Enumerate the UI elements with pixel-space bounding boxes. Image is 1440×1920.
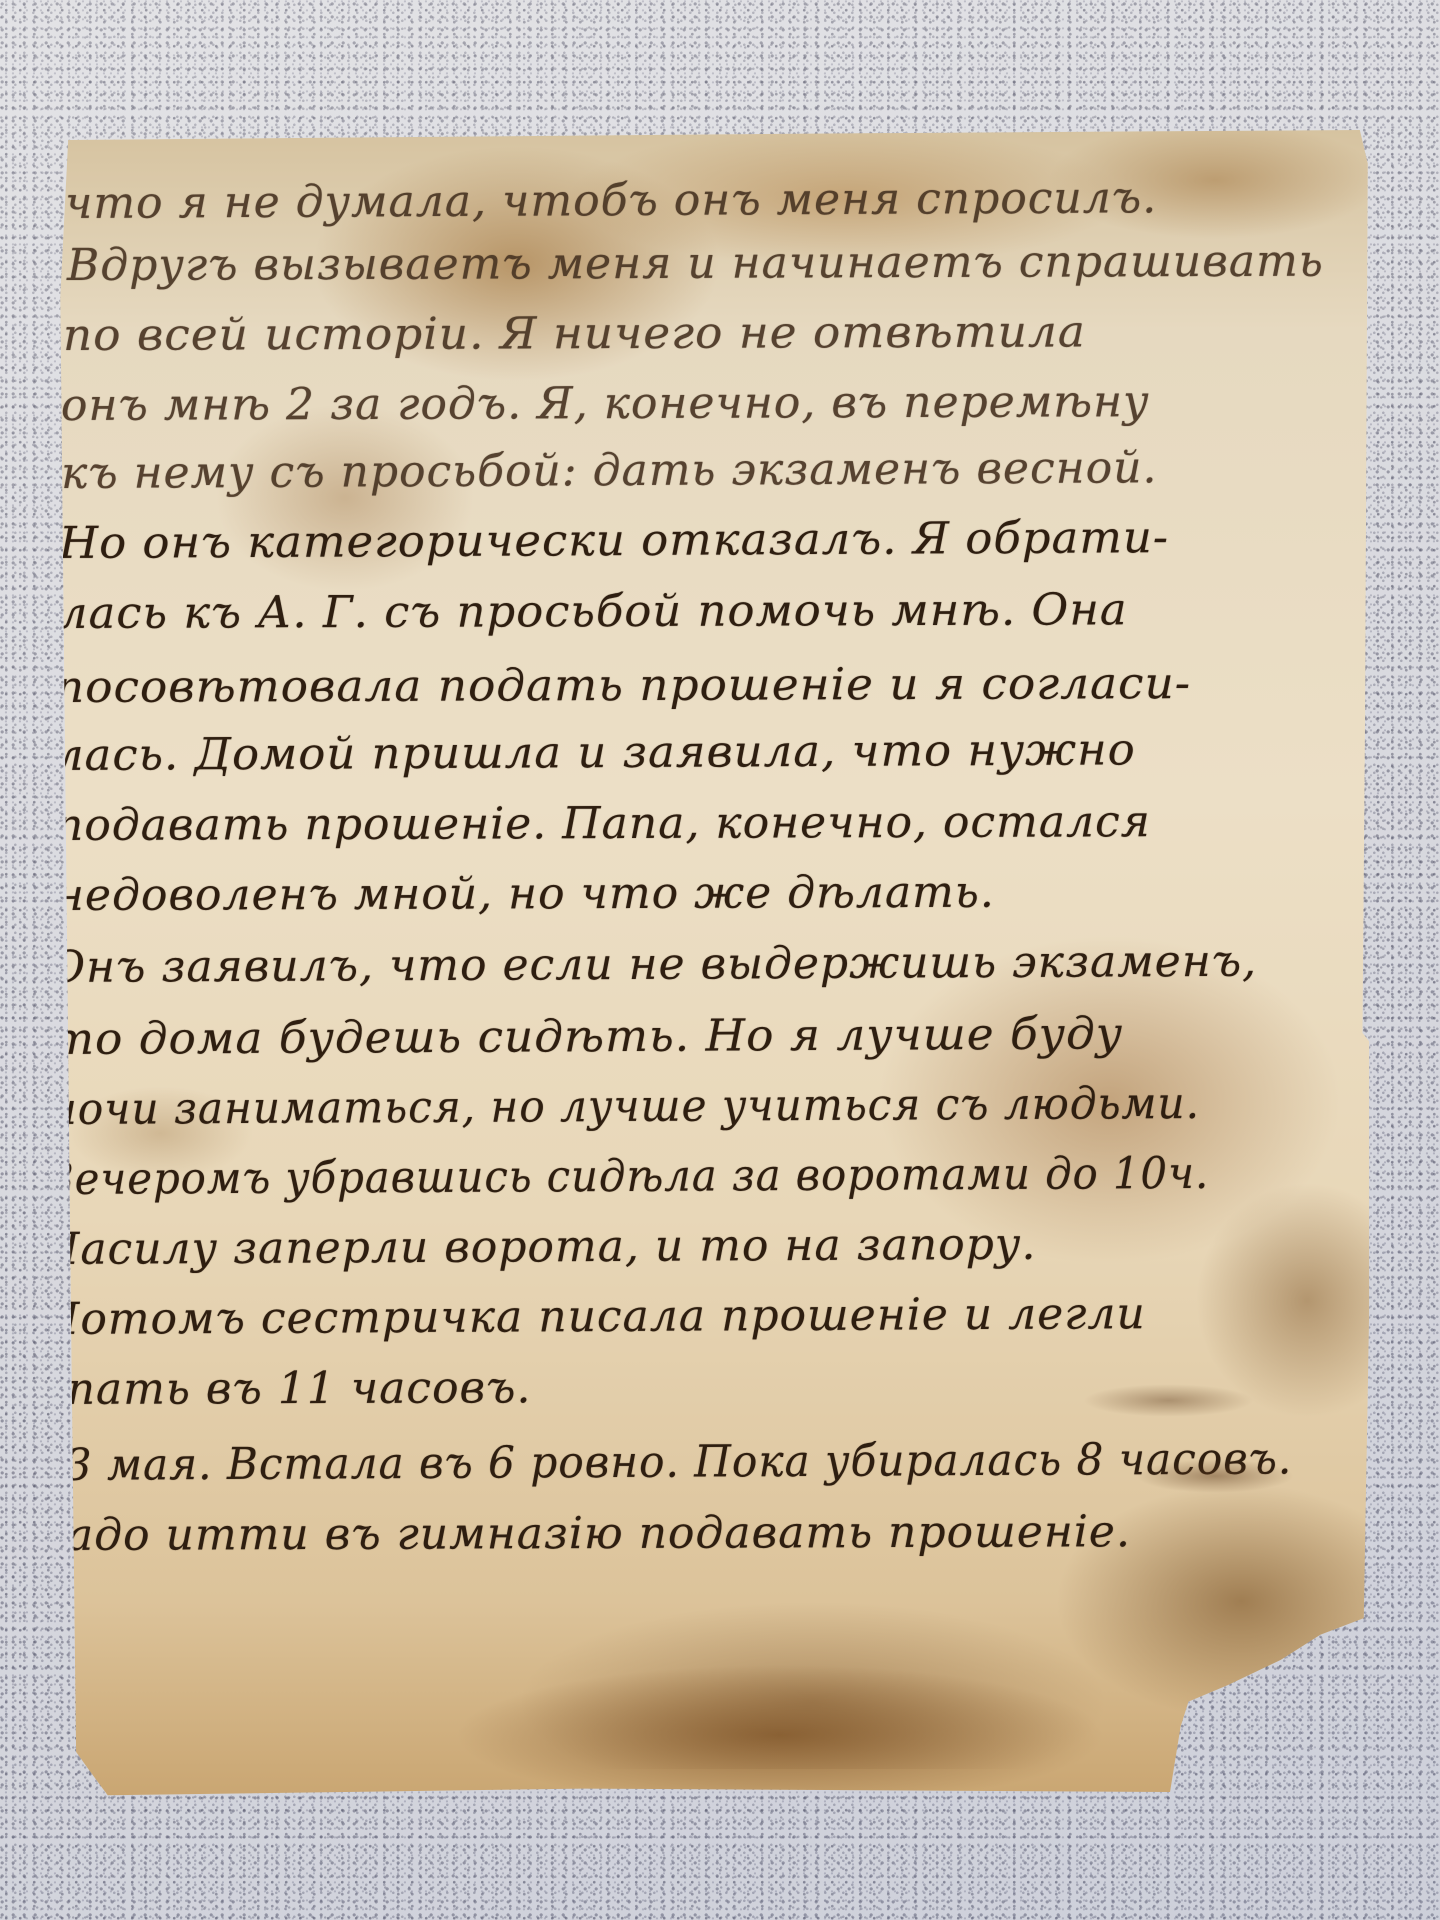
smudge-mark (1083, 1384, 1254, 1417)
text-line: 13 мая. Встала въ 6 ровно. Пока убиралас… (37, 1433, 1292, 1491)
text-line: недоволенъ мной, но что же дѣлать. (55, 867, 995, 921)
water-stain-bottom (516, 1601, 1109, 1768)
text-line: Онъ заявилъ, что если не выдержишь экзам… (49, 936, 1257, 993)
text-line: лась. Домой пришла и заявила, что нужно (55, 724, 1136, 781)
text-line: надо итти въ гимназію подавать прошеніе. (37, 1506, 1131, 1561)
text-line: посовѣтовала подать прошеніе и я согласи… (55, 658, 1191, 713)
text-line: что я не думала, чтобъ онъ меня спросилъ… (65, 172, 1157, 229)
text-line: Вечеромъ убравшись сидѣла за воротами до… (43, 1148, 1209, 1205)
text-line: спать въ 11 часовъ. (41, 1362, 532, 1415)
text-line: Но онъ категорически отказалъ. Я обрати- (59, 512, 1169, 569)
text-line: подавать прошеніе. Папа, конечно, осталс… (55, 796, 1151, 851)
text-line: Потомъ сестричка писала прошеніе и легли (41, 1288, 1146, 1345)
text-line: онъ мнѣ 2 за годъ. Я, конечно, въ перемѣ… (61, 376, 1150, 431)
text-line: Насилу заперли ворота, и то на запору. (41, 1219, 1037, 1275)
text-line: ночи заниматься, но лучше учиться съ люд… (49, 1078, 1200, 1135)
text-line: по всей исторіи. Я ничего не отвѣтила (63, 306, 1086, 361)
text-line: то дома будешь сидѣть. Но я лучше буду (51, 1008, 1123, 1065)
diary-page: что я не думала, чтобъ онъ меня спросилъ… (55, 130, 1373, 1802)
text-line: Вдругъ вызываетъ меня и начинаетъ спраши… (67, 236, 1324, 291)
text-line: къ нему съ просьбой: дать экзаменъ весно… (61, 442, 1158, 499)
text-line: лась къ А. Г. съ просьбой помочь мнѣ. Он… (59, 584, 1128, 639)
